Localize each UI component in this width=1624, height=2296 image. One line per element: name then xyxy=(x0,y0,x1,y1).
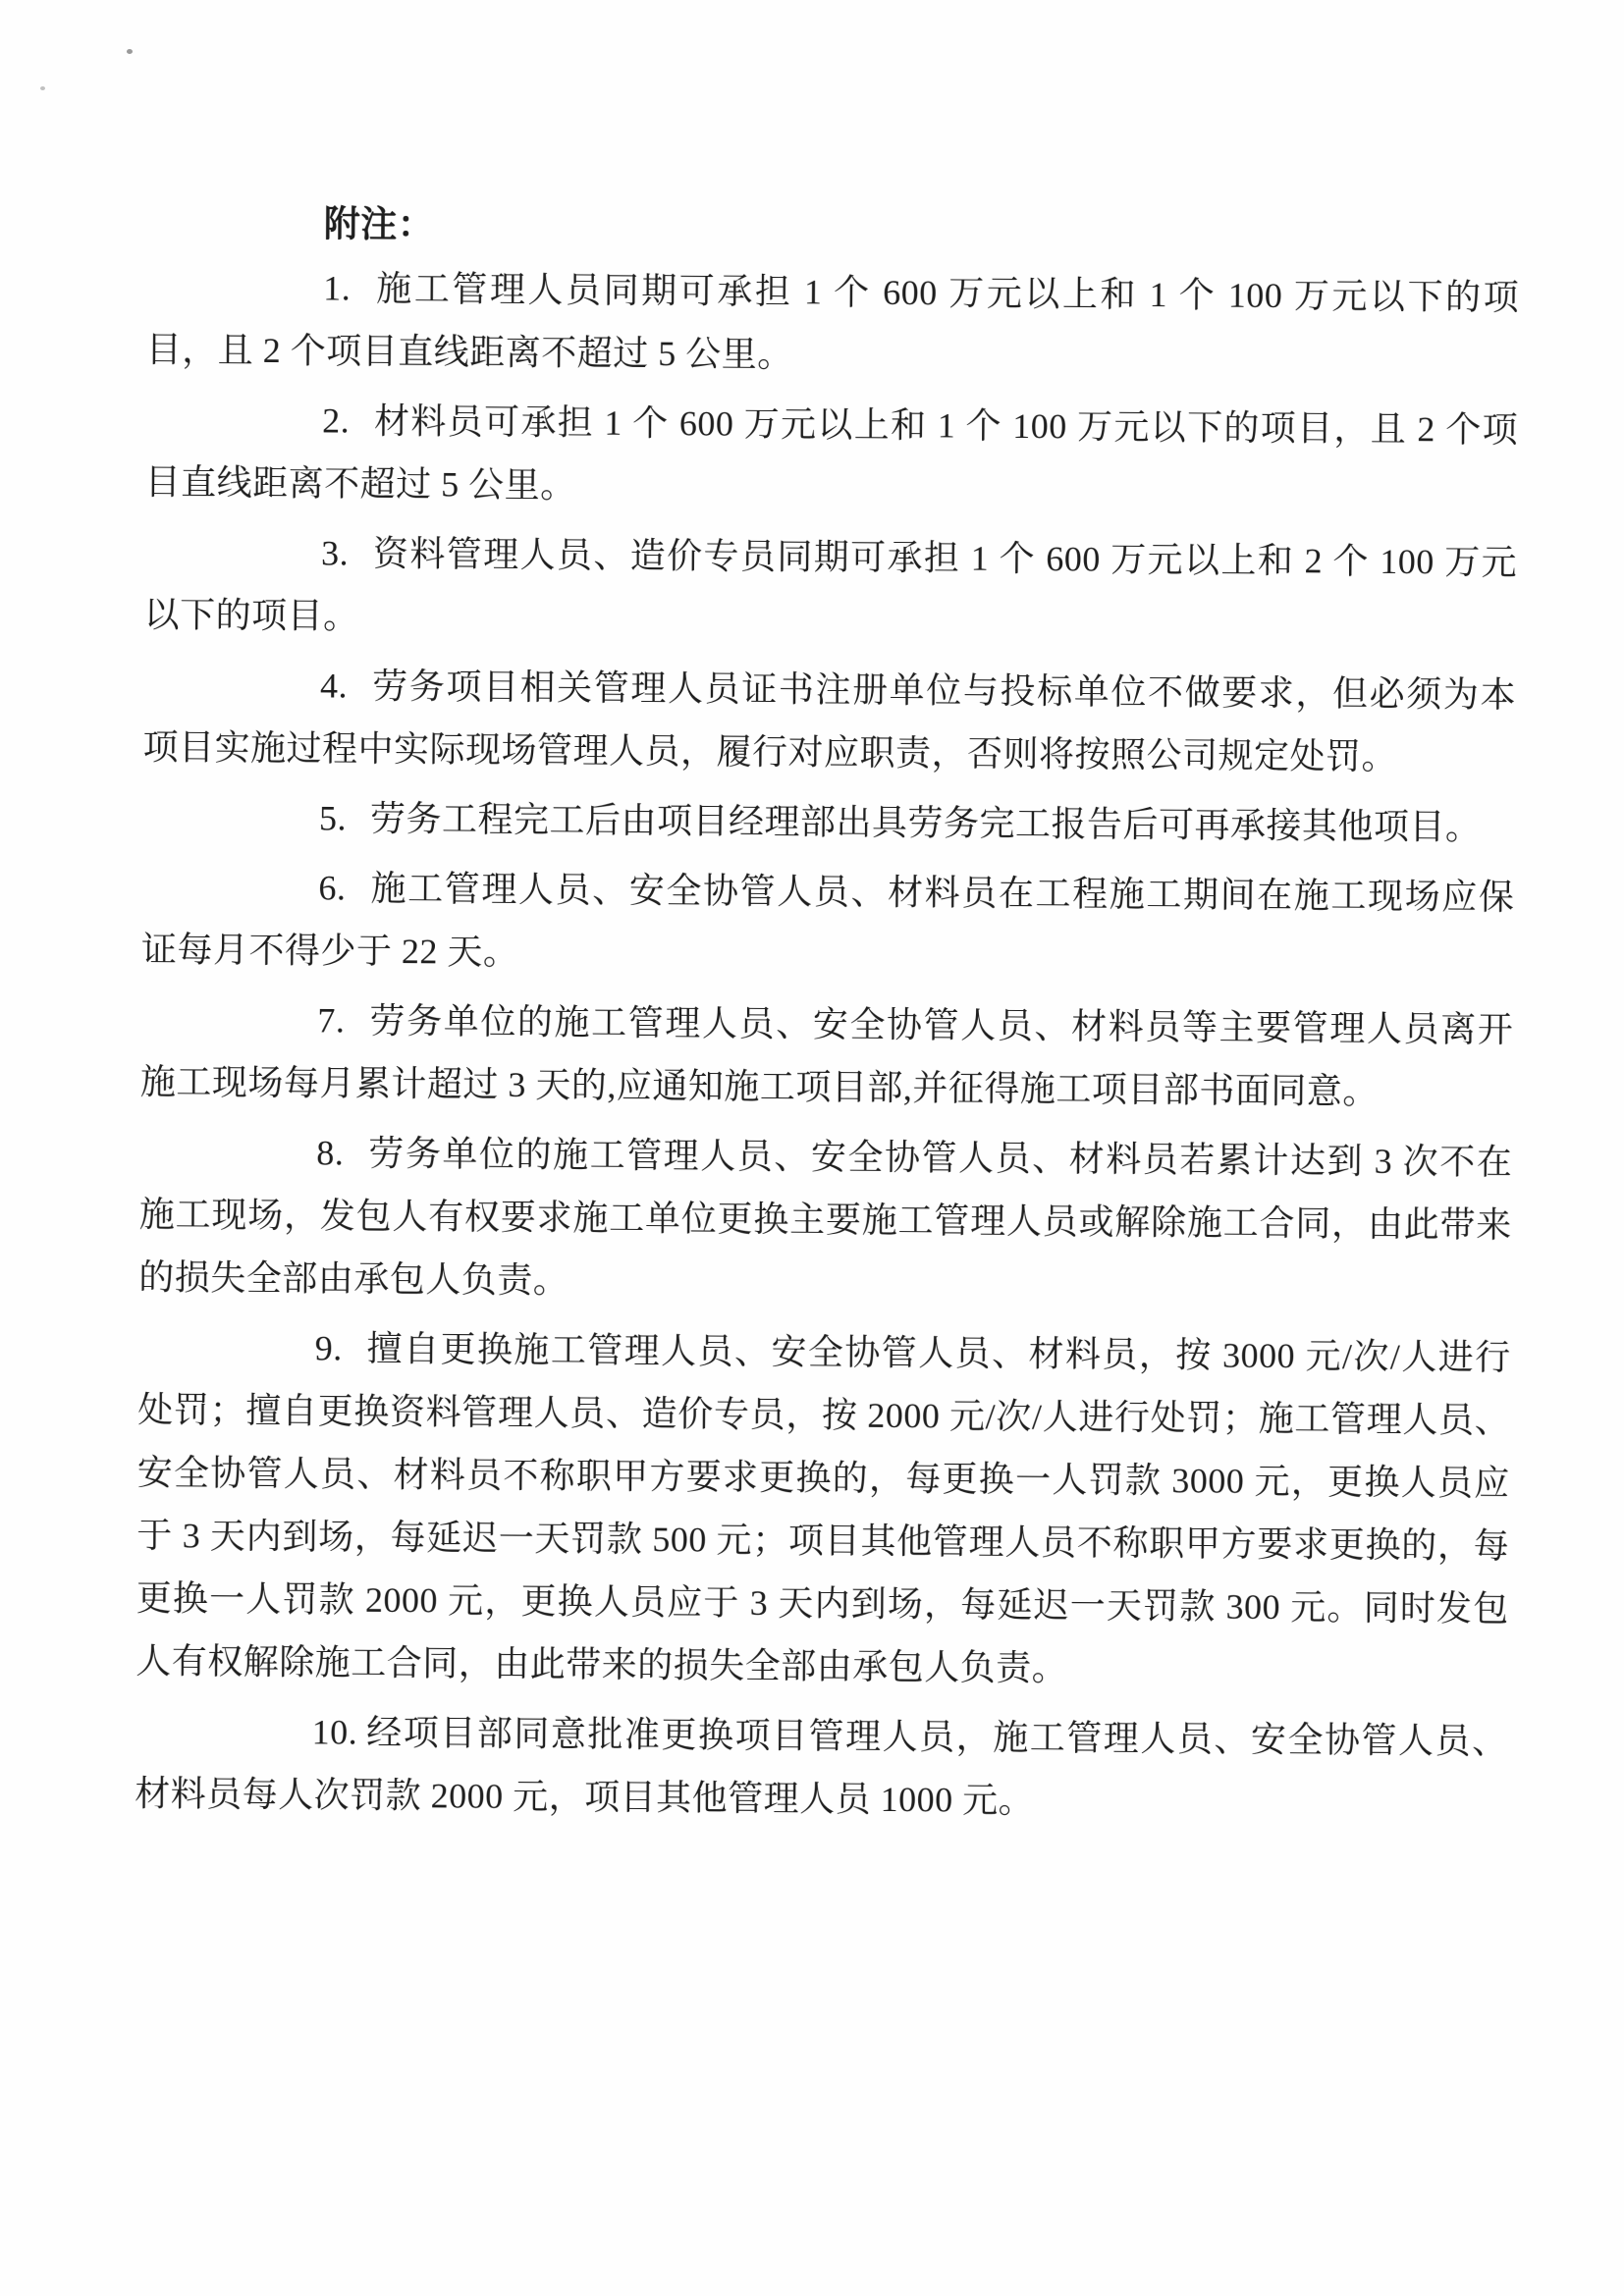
note-item-number: 5. xyxy=(319,798,370,837)
note-item-number: 2. xyxy=(322,400,373,440)
note-item-number: 3. xyxy=(321,533,372,572)
note-item: 5.劳务工程完工后由项目经理部出具劳务完工报告后可再承接其他项目。 xyxy=(142,785,1515,859)
note-item-number: 9. xyxy=(315,1328,366,1367)
scan-speck-icon xyxy=(40,86,45,90)
note-item-text: 劳务工程完工后由项目经理部出具劳务完工报告后可再承接其他项目。 xyxy=(370,799,1482,847)
note-item: 1.施工管理人员同期可承担 1 个 600 万元以上和 1 个 100 万元以下… xyxy=(145,255,1519,392)
note-item-number: 7. xyxy=(317,1000,368,1040)
scanned-document-page: 附注： 1.施工管理人员同期可承担 1 个 600 万元以上和 1 个 100 … xyxy=(0,0,1624,2296)
note-item: 8.劳务单位的施工管理人员、安全协管人员、材料员若累计达到 3 次不在施工现场，… xyxy=(138,1120,1512,1319)
scan-speck-icon xyxy=(127,49,133,54)
note-item: 6.施工管理人员、安全协管人员、材料员在工程施工期间在施工现场应保证每月不得少于… xyxy=(141,855,1515,991)
document-title: 附注： xyxy=(146,192,1519,266)
note-item: 4.劳务项目相关管理人员证书注册单位与投标单位不做要求，但必须为本项目实施过程中… xyxy=(142,653,1516,789)
note-item: 9.擅自更换施工管理人员、安全协管人员、材料员，按 3000 元/次/人进行处罚… xyxy=(135,1315,1511,1703)
note-item-number: 4. xyxy=(320,666,371,705)
note-item: 10.经项目部同意批准更换项目管理人员，施工管理人员、安全协管人员、材料员每人次… xyxy=(135,1699,1508,1836)
notes-list: 1.施工管理人员同期可承担 1 个 600 万元以上和 1 个 100 万元以下… xyxy=(135,255,1520,1836)
note-item-number: 10. xyxy=(312,1712,366,1751)
note-item-text: 擅自更换施工管理人员、安全协管人员、材料员，按 3000 元/次/人进行处罚；擅… xyxy=(135,1329,1511,1688)
note-item-number: 8. xyxy=(316,1133,367,1172)
note-item-number: 6. xyxy=(318,868,369,907)
note-item-number: 1. xyxy=(323,268,374,307)
note-item: 3.资料管理人员、造价专员同期可承担 1 个 600 万元以上和 2 个 100… xyxy=(143,520,1517,657)
note-item: 2.材料员可承担 1 个 600 万元以上和 1 个 100 万元以下的项目，且… xyxy=(144,388,1518,524)
document-body: 附注： 1.施工管理人员同期可承担 1 个 600 万元以上和 1 个 100 … xyxy=(135,192,1520,1842)
note-item: 7.劳务单位的施工管理人员、安全协管人员、材料员等主要管理人员离开施工现场每月累… xyxy=(140,988,1514,1124)
